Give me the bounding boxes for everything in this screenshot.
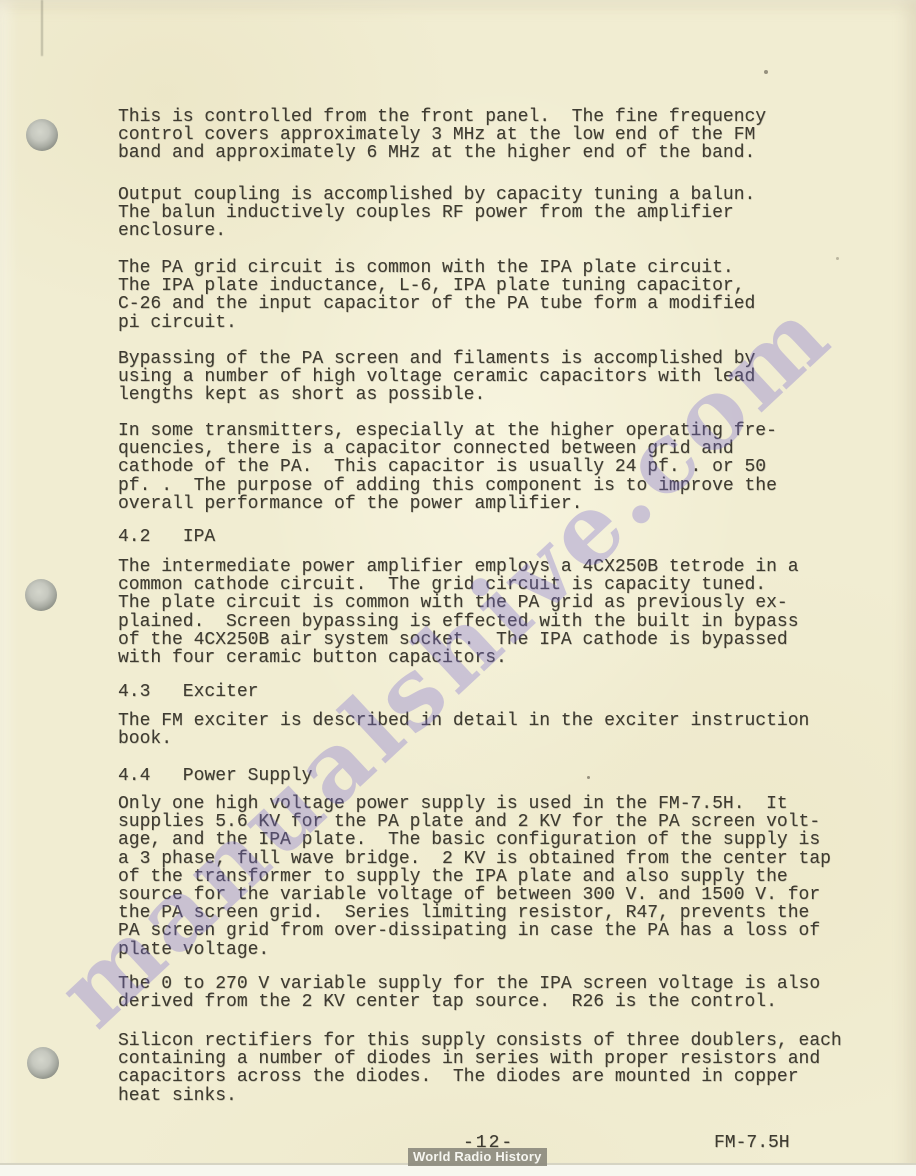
paragraph: The PA grid circuit is common with the I… bbox=[118, 259, 858, 332]
ink-speck bbox=[764, 70, 768, 74]
paragraph: In some transmitters, especially at the … bbox=[118, 422, 858, 513]
paragraph: Only one high voltage power supply is us… bbox=[118, 795, 858, 959]
document-reference: FM-7.5H bbox=[714, 1133, 790, 1153]
paragraph: Output coupling is accomplished by capac… bbox=[118, 186, 858, 241]
paragraph: The FM exciter is described in detail in… bbox=[118, 712, 858, 748]
ink-speck bbox=[587, 776, 590, 779]
punch-hole bbox=[26, 119, 58, 151]
paragraph: Silicon rectifiers for this supply consi… bbox=[118, 1032, 858, 1105]
punch-hole bbox=[25, 579, 57, 611]
ink-speck bbox=[836, 257, 839, 260]
paragraph: This is controlled from the front panel.… bbox=[118, 108, 858, 163]
paragraph: The 0 to 270 V variable supply for the I… bbox=[118, 975, 858, 1011]
paragraph: Bypassing of the PA screen and filaments… bbox=[118, 350, 858, 405]
paragraph: The intermediate power amplifier employs… bbox=[118, 558, 858, 667]
section-heading-ipa: 4.2 IPA bbox=[118, 528, 858, 546]
punch-hole bbox=[27, 1047, 59, 1079]
scanned-page: manualshive.com This is controlled from … bbox=[0, 0, 916, 1176]
section-heading-exciter: 4.3 Exciter bbox=[118, 683, 858, 701]
section-heading-power-supply: 4.4 Power Supply bbox=[118, 767, 858, 785]
scan-edge-line bbox=[41, 0, 43, 56]
watermark-badge: World Radio History bbox=[408, 1148, 547, 1166]
